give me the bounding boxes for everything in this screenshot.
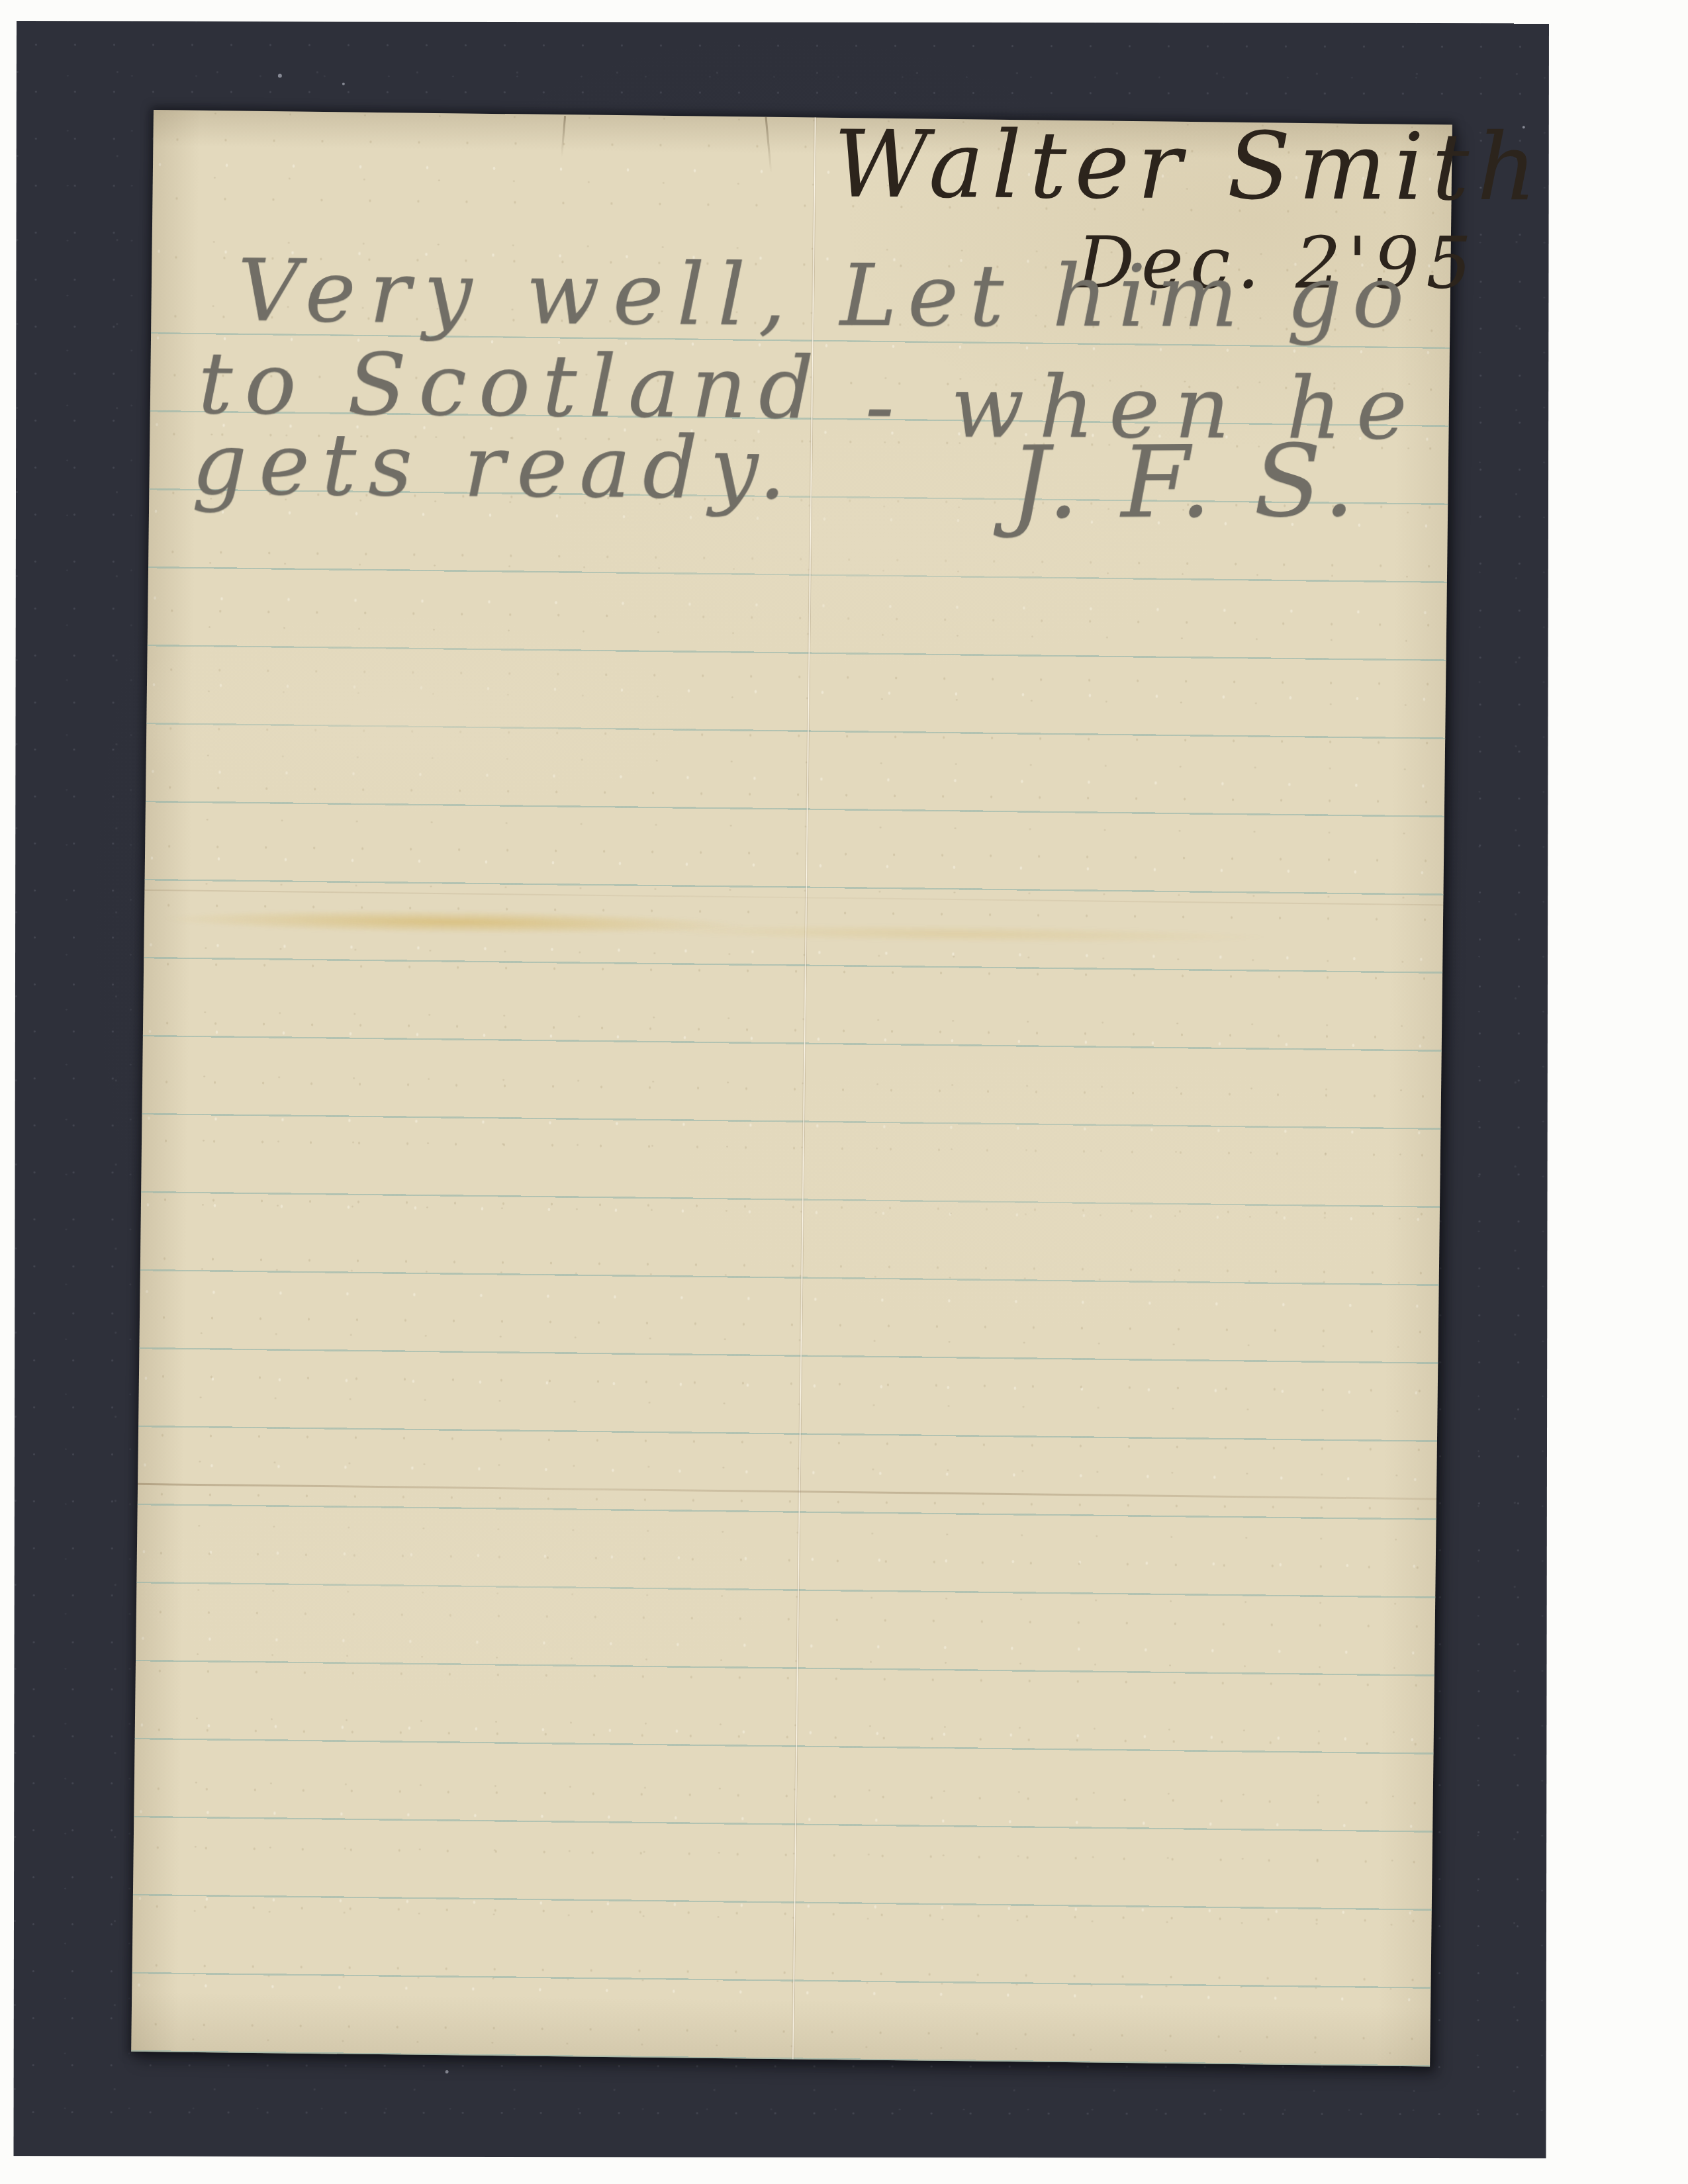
dust-speck xyxy=(342,83,345,85)
note-paper-sheet: Walter Smith Dec. 2'95 Very well, Let hi… xyxy=(131,110,1452,2066)
scanned-document-page: { "colors": { "page": "#fcfcfa", "mount"… xyxy=(0,0,1688,2184)
dust-speck xyxy=(278,74,282,78)
dust-speck xyxy=(445,2070,449,2073)
handwritten-name: Walter Smith xyxy=(833,111,1545,223)
pencil-signature: J. F. S. xyxy=(1009,424,1360,542)
pencil-line-1-right: Let him go xyxy=(840,245,1415,347)
pencil-line-1-left: Very well, xyxy=(237,240,800,345)
pencil-line-3: gets ready. xyxy=(191,413,798,518)
